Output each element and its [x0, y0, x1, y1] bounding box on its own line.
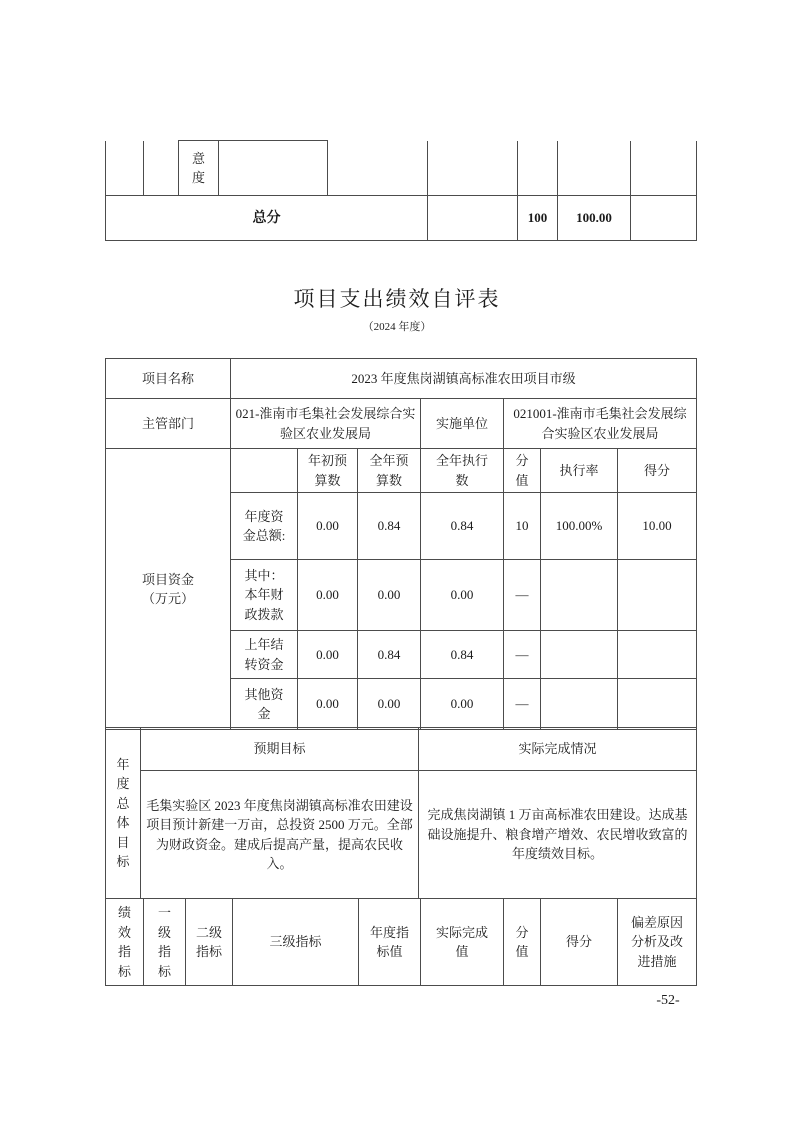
empty-cell	[144, 141, 179, 196]
empty-cell	[231, 449, 298, 493]
actual-completion-header: 实际完成情况	[419, 728, 697, 771]
fund-value: —	[504, 679, 541, 730]
fund-value: —	[504, 631, 541, 679]
empty-cell	[631, 141, 697, 196]
indicators-section-label: 绩效指标	[106, 899, 144, 986]
funds-section-label: 项目资金（万元）	[106, 449, 231, 730]
funds-header-points: 分值	[504, 449, 541, 493]
indicator-header-level2: 二级指标	[186, 899, 233, 986]
fund-value	[541, 560, 618, 631]
dept-value: 021-淮南市毛集社会发展综合实验区农业发展局	[231, 399, 421, 449]
indicator-header-actual-value: 实际完成值	[421, 899, 504, 986]
fund-value	[541, 631, 618, 679]
fund-value: 0.00	[358, 679, 421, 730]
unit-value: 021001-淮南市毛集社会发展综合实验区农业发展局	[504, 399, 697, 449]
expected-goal-text: 毛集实验区 2023 年度焦岗湖镇高标准农田建设项目预计新建一万亩，总投资 25…	[141, 771, 419, 899]
page-title: 项目支出绩效自评表	[0, 283, 794, 313]
fund-value: 0.00	[358, 560, 421, 631]
fund-value: 10.00	[618, 493, 697, 560]
page-number: -52-	[633, 993, 703, 1009]
total-score: 100.00	[558, 196, 631, 241]
indicators-table: 绩效指标 一级指标 二级指标 三级指标 年度指标值 实际完成值 分值 得分 偏差…	[105, 898, 697, 986]
funds-header-score: 得分	[618, 449, 697, 493]
project-name-label: 项目名称	[106, 359, 231, 399]
fund-row-label: 上年结转资金	[231, 631, 298, 679]
fund-row-label: 其中：本年财政拨款	[231, 560, 298, 631]
satisfaction-partial-cell: 意度	[179, 141, 219, 196]
fund-value: 0.00	[298, 631, 358, 679]
fund-value: 0.00	[421, 560, 504, 631]
fund-value: 0.00	[298, 493, 358, 560]
empty-cell	[631, 196, 697, 241]
fund-value: 0.84	[421, 631, 504, 679]
dept-label: 主管部门	[106, 399, 231, 449]
actual-completion-text: 完成焦岗湖镇 1 万亩高标准农田建设。达成基础设施提升、粮食增产增效、农民增收致…	[419, 771, 697, 899]
indicator-header-score: 得分	[541, 899, 618, 986]
satisfaction-partial-text: 意度	[191, 149, 206, 188]
project-name-value: 2023 年度焦岗湖镇高标准农田项目市级	[231, 359, 697, 399]
previous-table-fragment: 意度 总分 100 100.00	[105, 140, 697, 241]
indicator-header-deviation: 偏差原因分析及改进措施	[618, 899, 697, 986]
fund-row-label: 其他资金	[231, 679, 298, 730]
empty-cell	[328, 141, 428, 196]
indicator-header-level3: 三级指标	[233, 899, 359, 986]
fund-row-label: 年度资金总额:	[231, 493, 298, 560]
expected-goal-header: 预期目标	[141, 728, 419, 771]
fund-value: 0.00	[298, 679, 358, 730]
empty-cell	[106, 141, 144, 196]
empty-cell	[428, 141, 518, 196]
total-points: 100	[518, 196, 558, 241]
total-label: 总分	[106, 196, 428, 241]
fund-value	[618, 679, 697, 730]
document-page: 意度 总分 100 100.00 项目支出绩效自评表 （2024 年度） 项目名…	[0, 0, 794, 1122]
funds-header-annual-budget: 全年预算数	[358, 449, 421, 493]
fund-value: 100.00%	[541, 493, 618, 560]
indicator-header-annual-target: 年度指标值	[359, 899, 421, 986]
annual-goal-section-label: 年度总体目标	[106, 728, 141, 899]
indicator-header-points: 分值	[504, 899, 541, 986]
fund-value: 0.00	[421, 679, 504, 730]
empty-cell	[428, 196, 518, 241]
fund-value: —	[504, 560, 541, 631]
fund-value	[618, 560, 697, 631]
fund-value: 0.84	[358, 493, 421, 560]
empty-cell	[518, 141, 558, 196]
fund-value	[618, 631, 697, 679]
unit-label: 实施单位	[421, 399, 504, 449]
fund-value: 10	[504, 493, 541, 560]
empty-cell	[558, 141, 631, 196]
fund-value: 0.00	[298, 560, 358, 631]
page-subtitle: （2024 年度）	[0, 318, 794, 334]
fund-value: 0.84	[421, 493, 504, 560]
fund-value: 0.84	[358, 631, 421, 679]
funds-header-initial-budget: 年初预算数	[298, 449, 358, 493]
funds-header-execution-rate: 执行率	[541, 449, 618, 493]
indicator-header-level1: 一级指标	[144, 899, 186, 986]
annual-goal-table: 年度总体目标 预期目标 实际完成情况 毛集实验区 2023 年度焦岗湖镇高标准农…	[105, 727, 697, 899]
fund-value	[541, 679, 618, 730]
funds-header-annual-execution: 全年执行数	[421, 449, 504, 493]
self-evaluation-table: 项目名称 2023 年度焦岗湖镇高标准农田项目市级 主管部门 021-淮南市毛集…	[105, 358, 697, 730]
empty-cell	[219, 141, 328, 196]
